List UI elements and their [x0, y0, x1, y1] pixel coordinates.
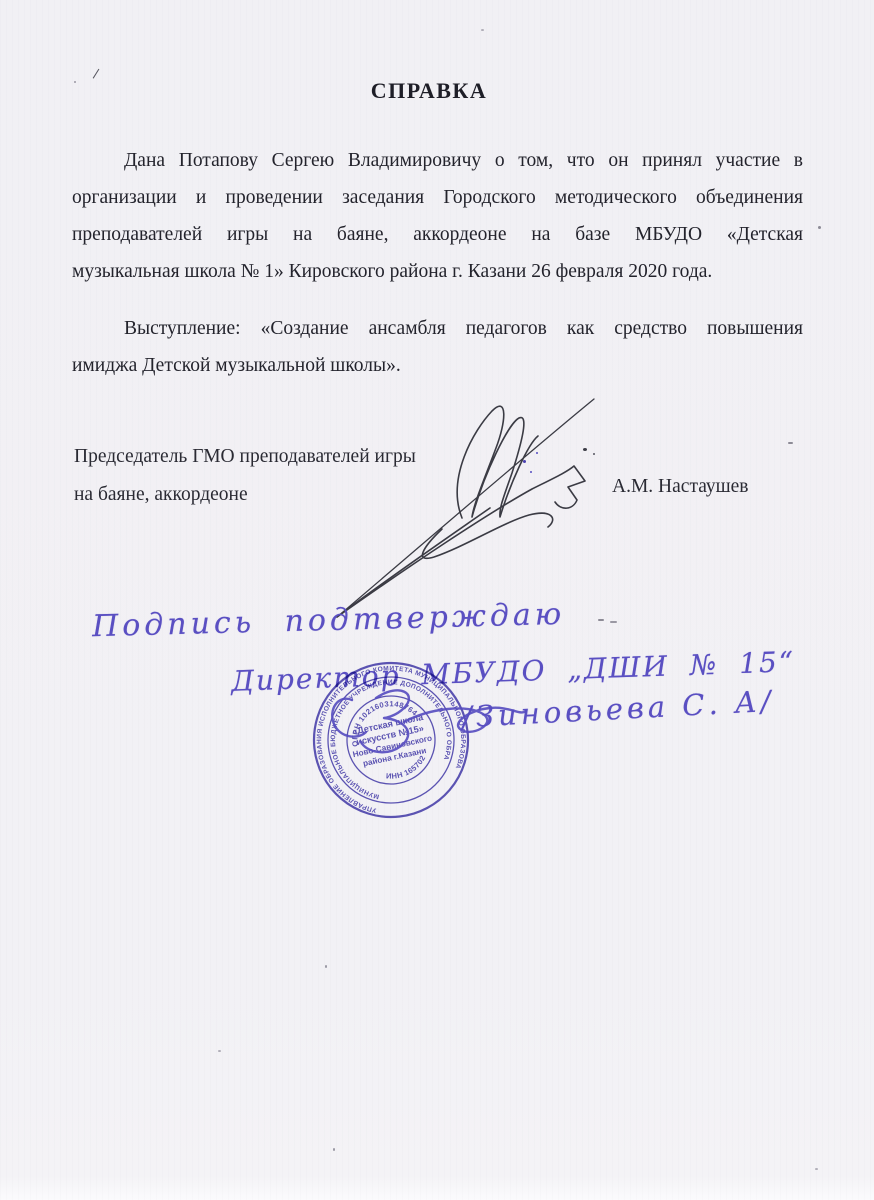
- handwritten-confirmation: Подпись подтверждаю: [92, 597, 566, 644]
- paragraph-line: музыкальная школа № 1» Кировского района…: [72, 253, 803, 290]
- scan-artifact: [481, 29, 484, 31]
- scan-artifact: [74, 81, 76, 83]
- paragraph-topic: Выступление: «Создание ансамбля педагого…: [72, 310, 803, 384]
- signatory-name: А.М. Настаушев: [612, 476, 749, 498]
- scan-artifact: [788, 442, 793, 444]
- document-title: СПРАВКА: [0, 78, 858, 104]
- signature-bottom-loop: [422, 513, 552, 558]
- scan-artifact: [815, 1168, 818, 1170]
- scanned-document-page: СПРАВКА Дана Потапову Сергею Владимирови…: [0, 0, 874, 1200]
- signature-diagonal-stroke: [337, 399, 594, 617]
- scan-artifact: [333, 1148, 335, 1151]
- scan-artifact: [818, 226, 821, 229]
- signature-loops: [457, 406, 538, 518]
- paragraph-line: Дана Потапову Сергею Владимировичу о том…: [72, 142, 803, 179]
- paragraph-line: Выступление: «Создание ансамбля педагого…: [72, 310, 803, 347]
- signature-lower-stroke: [337, 466, 585, 617]
- paragraph-line: организации и проведении заседания Город…: [72, 179, 803, 216]
- paragraph-main: Дана Потапову Сергею Владимировичу о том…: [72, 142, 803, 290]
- paragraph-line: имиджа Детской музыкальной школы».: [72, 347, 803, 384]
- scan-artifact: [325, 965, 327, 968]
- scan-artifact: [218, 1050, 221, 1052]
- paragraph-line: преподавателей игры на баяне, аккордеоне…: [72, 216, 803, 253]
- director-ink-signature: [318, 676, 558, 758]
